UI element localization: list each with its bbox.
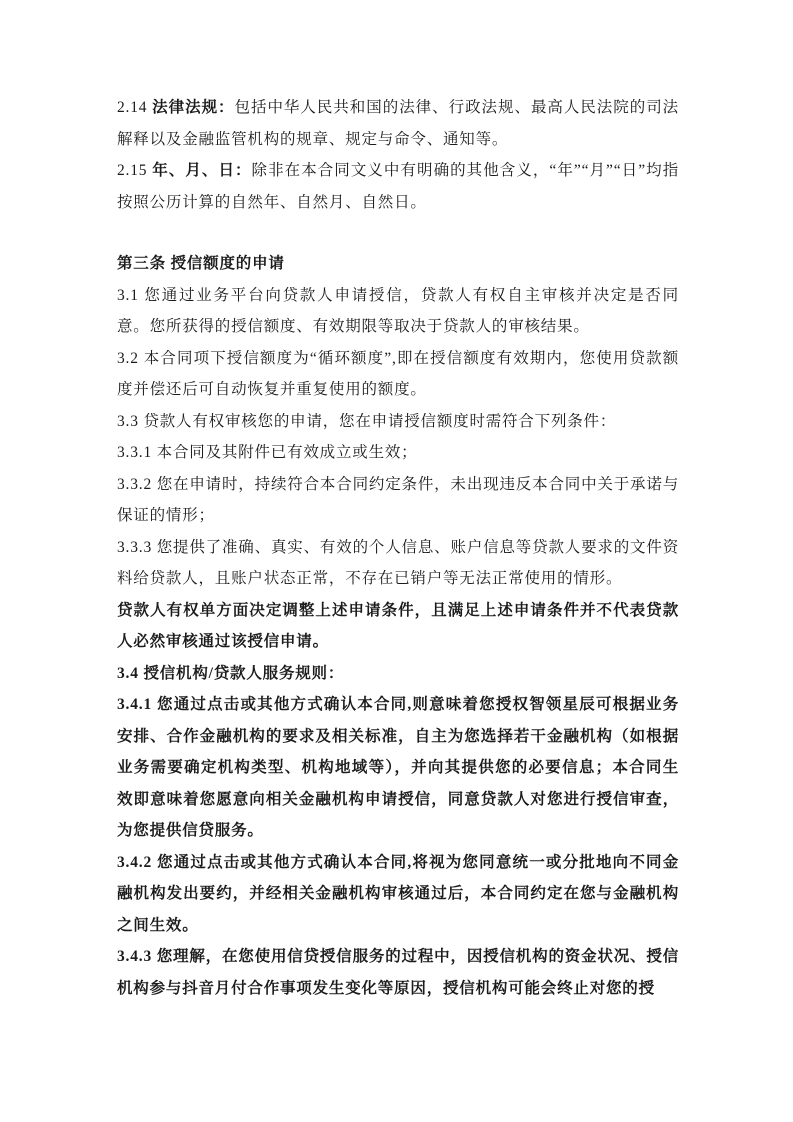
clause-3-2: 3.2 本合同项下授信额度为“循环额度”,即在授信额度有效期内，您使用贷款额度并… <box>117 343 679 406</box>
clause-3-4: 3.4 授信机构/贷款人服务规则： <box>117 658 679 690</box>
clause-3-1: 3.1 您通过业务平台向贷款人申请授信，贷款人有权自主审核并决定是否同意。您所获… <box>117 280 679 343</box>
clause-3-4-1: 3.4.1 您通过点击或其他方式确认本合同,则意味着您授权智领星辰可根据业务安排… <box>117 689 679 847</box>
document-content: 2.14 法律法规：包括中华人民共和国的法律、行政法规、最高人民法院的司法解释以… <box>117 92 679 1004</box>
bold-text-run: 3.4 授信机构/贷款人服务规则： <box>117 665 344 682</box>
bold-text-run: 年、月、日： <box>152 162 251 179</box>
text-run: 2.14 <box>117 99 152 116</box>
text-run: 3.3.3 您提供了准确、真实、有效的个人信息、账户信息等贷款人要求的文件资料给… <box>117 539 679 588</box>
article-3-heading: 第三条 授信额度的申请 <box>117 248 679 280</box>
clause-3-4-2: 3.4.2 您通过点击或其他方式确认本合同,将视为您同意统一或分批地向不同金融机… <box>117 847 679 942</box>
bold-text-run: 3.4.3 您理解，在您使用信贷授信服务的过程中，因授信机构的资金状况、授信机构… <box>117 948 679 997</box>
clause-2-15: 2.15 年、月、日：除非在本合同文义中有明确的其他含义，“年”“月”“日”均指… <box>117 155 679 218</box>
bold-text-run: 3.4.2 您通过点击或其他方式确认本合同,将视为您同意统一或分批地向不同金融机… <box>117 854 679 934</box>
text-run: 3.2 本合同项下授信额度为“循环额度”,即在授信额度有效期内，您使用贷款额度并… <box>117 350 679 399</box>
text-run: 2.15 <box>117 162 152 179</box>
clause-3-3-3: 3.3.3 您提供了准确、真实、有效的个人信息、账户信息等贷款人要求的文件资料给… <box>117 532 679 595</box>
clause-3-3-2: 3.3.2 您在申请时，持续符合本合同约定条件，未出现违反本合同中关于承诺与保证… <box>117 469 679 532</box>
text-run: 3.1 您通过业务平台向贷款人申请授信，贷款人有权自主审核并决定是否同意。您所获… <box>117 287 679 336</box>
text-run: 3.3.2 您在申请时，持续符合本合同约定条件，未出现违反本合同中关于承诺与保证… <box>117 476 679 525</box>
bold-text-run: 3.4.1 您通过点击或其他方式确认本合同,则意味着您授权智领星辰可根据业务安排… <box>117 696 679 839</box>
clause-3-4-3: 3.4.3 您理解，在您使用信贷授信服务的过程中，因授信机构的资金状况、授信机构… <box>117 941 679 1004</box>
clause-3-3-1: 3.3.1 本合同及其附件已有效成立或生效； <box>117 437 679 469</box>
bold-text-run: 法律法规： <box>152 99 234 116</box>
text-run: 3.3 贷款人有权审核您的申请，您在申请授信额度时需符合下列条件： <box>117 413 616 430</box>
clause-3-3-note: 贷款人有权单方面决定调整上述申请条件，且满足上述申请条件并不代表贷款人必然审核通… <box>117 595 679 658</box>
document-page: 2.14 法律法规：包括中华人民共和国的法律、行政法规、最高人民法院的司法解释以… <box>0 0 793 1122</box>
bold-text-run: 第三条 授信额度的申请 <box>117 255 285 272</box>
clause-3-3: 3.3 贷款人有权审核您的申请，您在申请授信额度时需符合下列条件： <box>117 406 679 438</box>
text-run: 3.3.1 本合同及其附件已有效成立或生效； <box>117 444 417 461</box>
bold-text-run: 贷款人有权单方面决定调整上述申请条件，且满足上述申请条件并不代表贷款人必然审核通… <box>117 602 679 651</box>
clause-2-14: 2.14 法律法规：包括中华人民共和国的法律、行政法规、最高人民法院的司法解释以… <box>117 92 679 155</box>
